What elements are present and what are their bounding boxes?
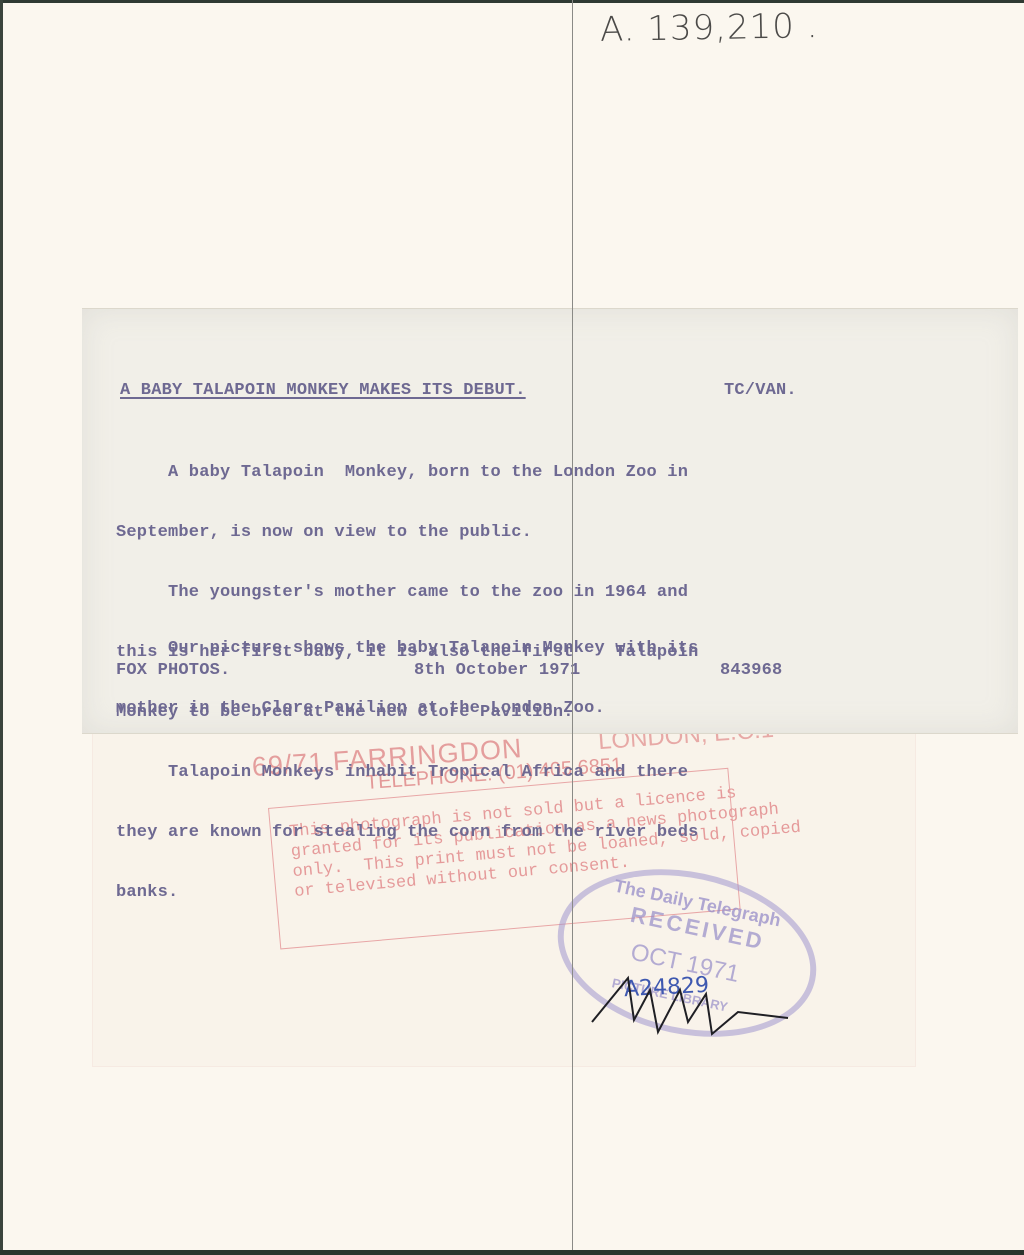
caption-slip: A BABY TALAPOIN MONKEY MAKES ITS DEBUT. … xyxy=(82,308,1018,734)
photo-left-edge xyxy=(0,0,3,1255)
archive-reference-note: A. 139,210 . xyxy=(600,6,819,50)
photo-top-edge xyxy=(0,0,1024,3)
caption-number: 843968 xyxy=(720,661,782,681)
caption-agency: FOX PHOTOS. xyxy=(116,661,230,681)
caption-date: 8th October 1971 xyxy=(414,661,580,681)
caption-headline: A BABY TALAPOIN MONKEY MAKES ITS DEBUT. xyxy=(120,381,526,401)
fold-crease xyxy=(572,0,573,1250)
caption-ref-code: TC/VAN. xyxy=(724,381,797,401)
photo-bottom-edge xyxy=(0,1250,1024,1255)
signature-scribble-icon xyxy=(588,960,798,1040)
